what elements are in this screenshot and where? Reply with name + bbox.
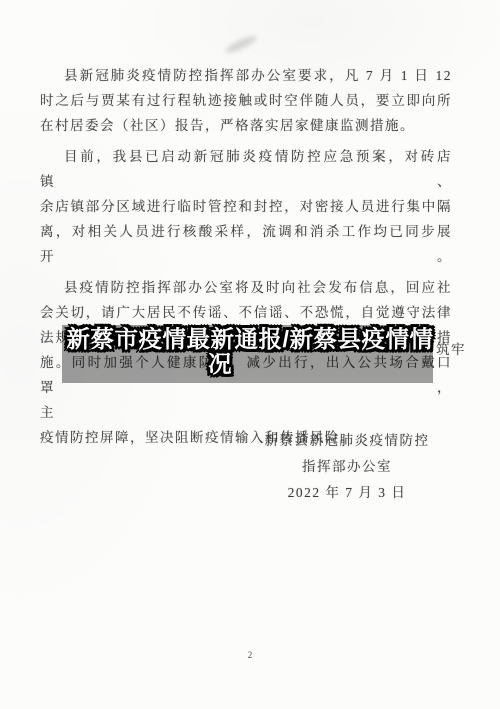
signature-org-line1: 新蔡县新冠肺炎疫情防控 — [247, 428, 447, 454]
document-line: 离，对相关人员进行核酸采样，流调和消杀工作均已同步展开。 — [40, 219, 452, 269]
scan-smudge — [224, 33, 259, 56]
document-page: 县新冠肺炎疫情防控指挥部办公室要求，凡 7 月 1 日 12 时之后与贾某有过行… — [0, 0, 500, 709]
signature-org-line2: 指挥部办公室 — [247, 454, 447, 480]
document-line: 会关切，请广大居民不传谣、不信谣、不恐慌，自觉遵守法律 — [40, 300, 452, 325]
document-line-partially-obscured: 主 — [40, 400, 452, 425]
document-line: 县疫情防控指挥部办公室将及时向社会发布信息，回应社 — [40, 275, 452, 300]
overlay-title-line2: 况 — [0, 352, 470, 377]
overlay-title: 新蔡市疫情最新通报/新蔡县疫情情 况 — [0, 327, 500, 377]
signature-date: 2022 年 7 月 3 日 — [247, 480, 447, 506]
document-line: 县新冠肺炎疫情防控指挥部办公室要求，凡 7 月 1 日 12 — [40, 63, 452, 88]
paragraph-2: 目前，我县已启动新冠肺炎疫情防控应急预案，对砖店镇、 余店镇部分区域进行临时管控… — [40, 144, 452, 269]
document-line: 在村居委会（社区）报告，严格落实居家健康监测措施。 — [40, 113, 452, 138]
signature-block: 新蔡县新冠肺炎疫情防控 指挥部办公室 2022 年 7 月 3 日 — [247, 428, 447, 506]
document-line: 时之后与贾某有过行程轨迹接触或时空伴随人员，要立即向所 — [40, 88, 452, 113]
document-body: 县新冠肺炎疫情防控指挥部办公室要求，凡 7 月 1 日 12 时之后与贾某有过行… — [40, 63, 452, 450]
overlay-title-line1: 新蔡市疫情最新通报/新蔡县疫情情 — [0, 327, 500, 352]
paragraph-1: 县新冠肺炎疫情防控指挥部办公室要求，凡 7 月 1 日 12 时之后与贾某有过行… — [40, 63, 452, 138]
document-line: 目前，我县已启动新冠肺炎疫情防控应急预案，对砖店镇、 — [40, 144, 452, 194]
page-number: 2 — [0, 650, 500, 660]
document-line: 余店镇部分区域进行临时管控和封控，对密接人员进行集中隔 — [40, 194, 452, 219]
